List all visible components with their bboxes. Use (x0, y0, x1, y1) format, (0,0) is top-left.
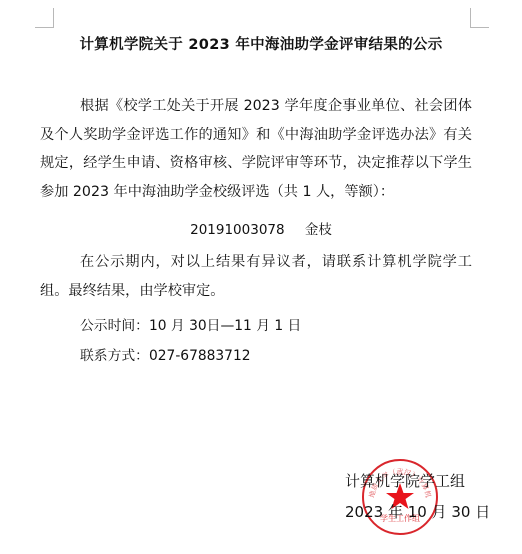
contact-info: 联系方式：027-67883712 (80, 344, 251, 364)
paragraph-basis: 根据《校学工处关于开展 2023 学年度企事业单位、社会团体及个人奖助学金评选工… (40, 92, 472, 206)
page-corner-mark-left (35, 8, 54, 28)
document-title: 计算机学院关于 2023 年中海油助学金评审结果的公示 (0, 33, 522, 54)
publicity-time: 公示时间：10 月 30日—11 月 1 日 (80, 314, 301, 334)
student-entry: 20191003078 金枝 (0, 218, 522, 238)
signature-date: 2023 年 10 月 30 日 (345, 501, 490, 522)
signature-org: 计算机学院学工组 (345, 470, 465, 491)
paragraph-objection: 在公示期内，对以上结果有异议者，请联系计算机学院学工组。最终结果，由学校审定。 (40, 248, 472, 305)
page-corner-mark-right (470, 8, 489, 28)
student-id: 20191003078 (190, 222, 284, 238)
student-name: 金枝 (305, 222, 332, 238)
